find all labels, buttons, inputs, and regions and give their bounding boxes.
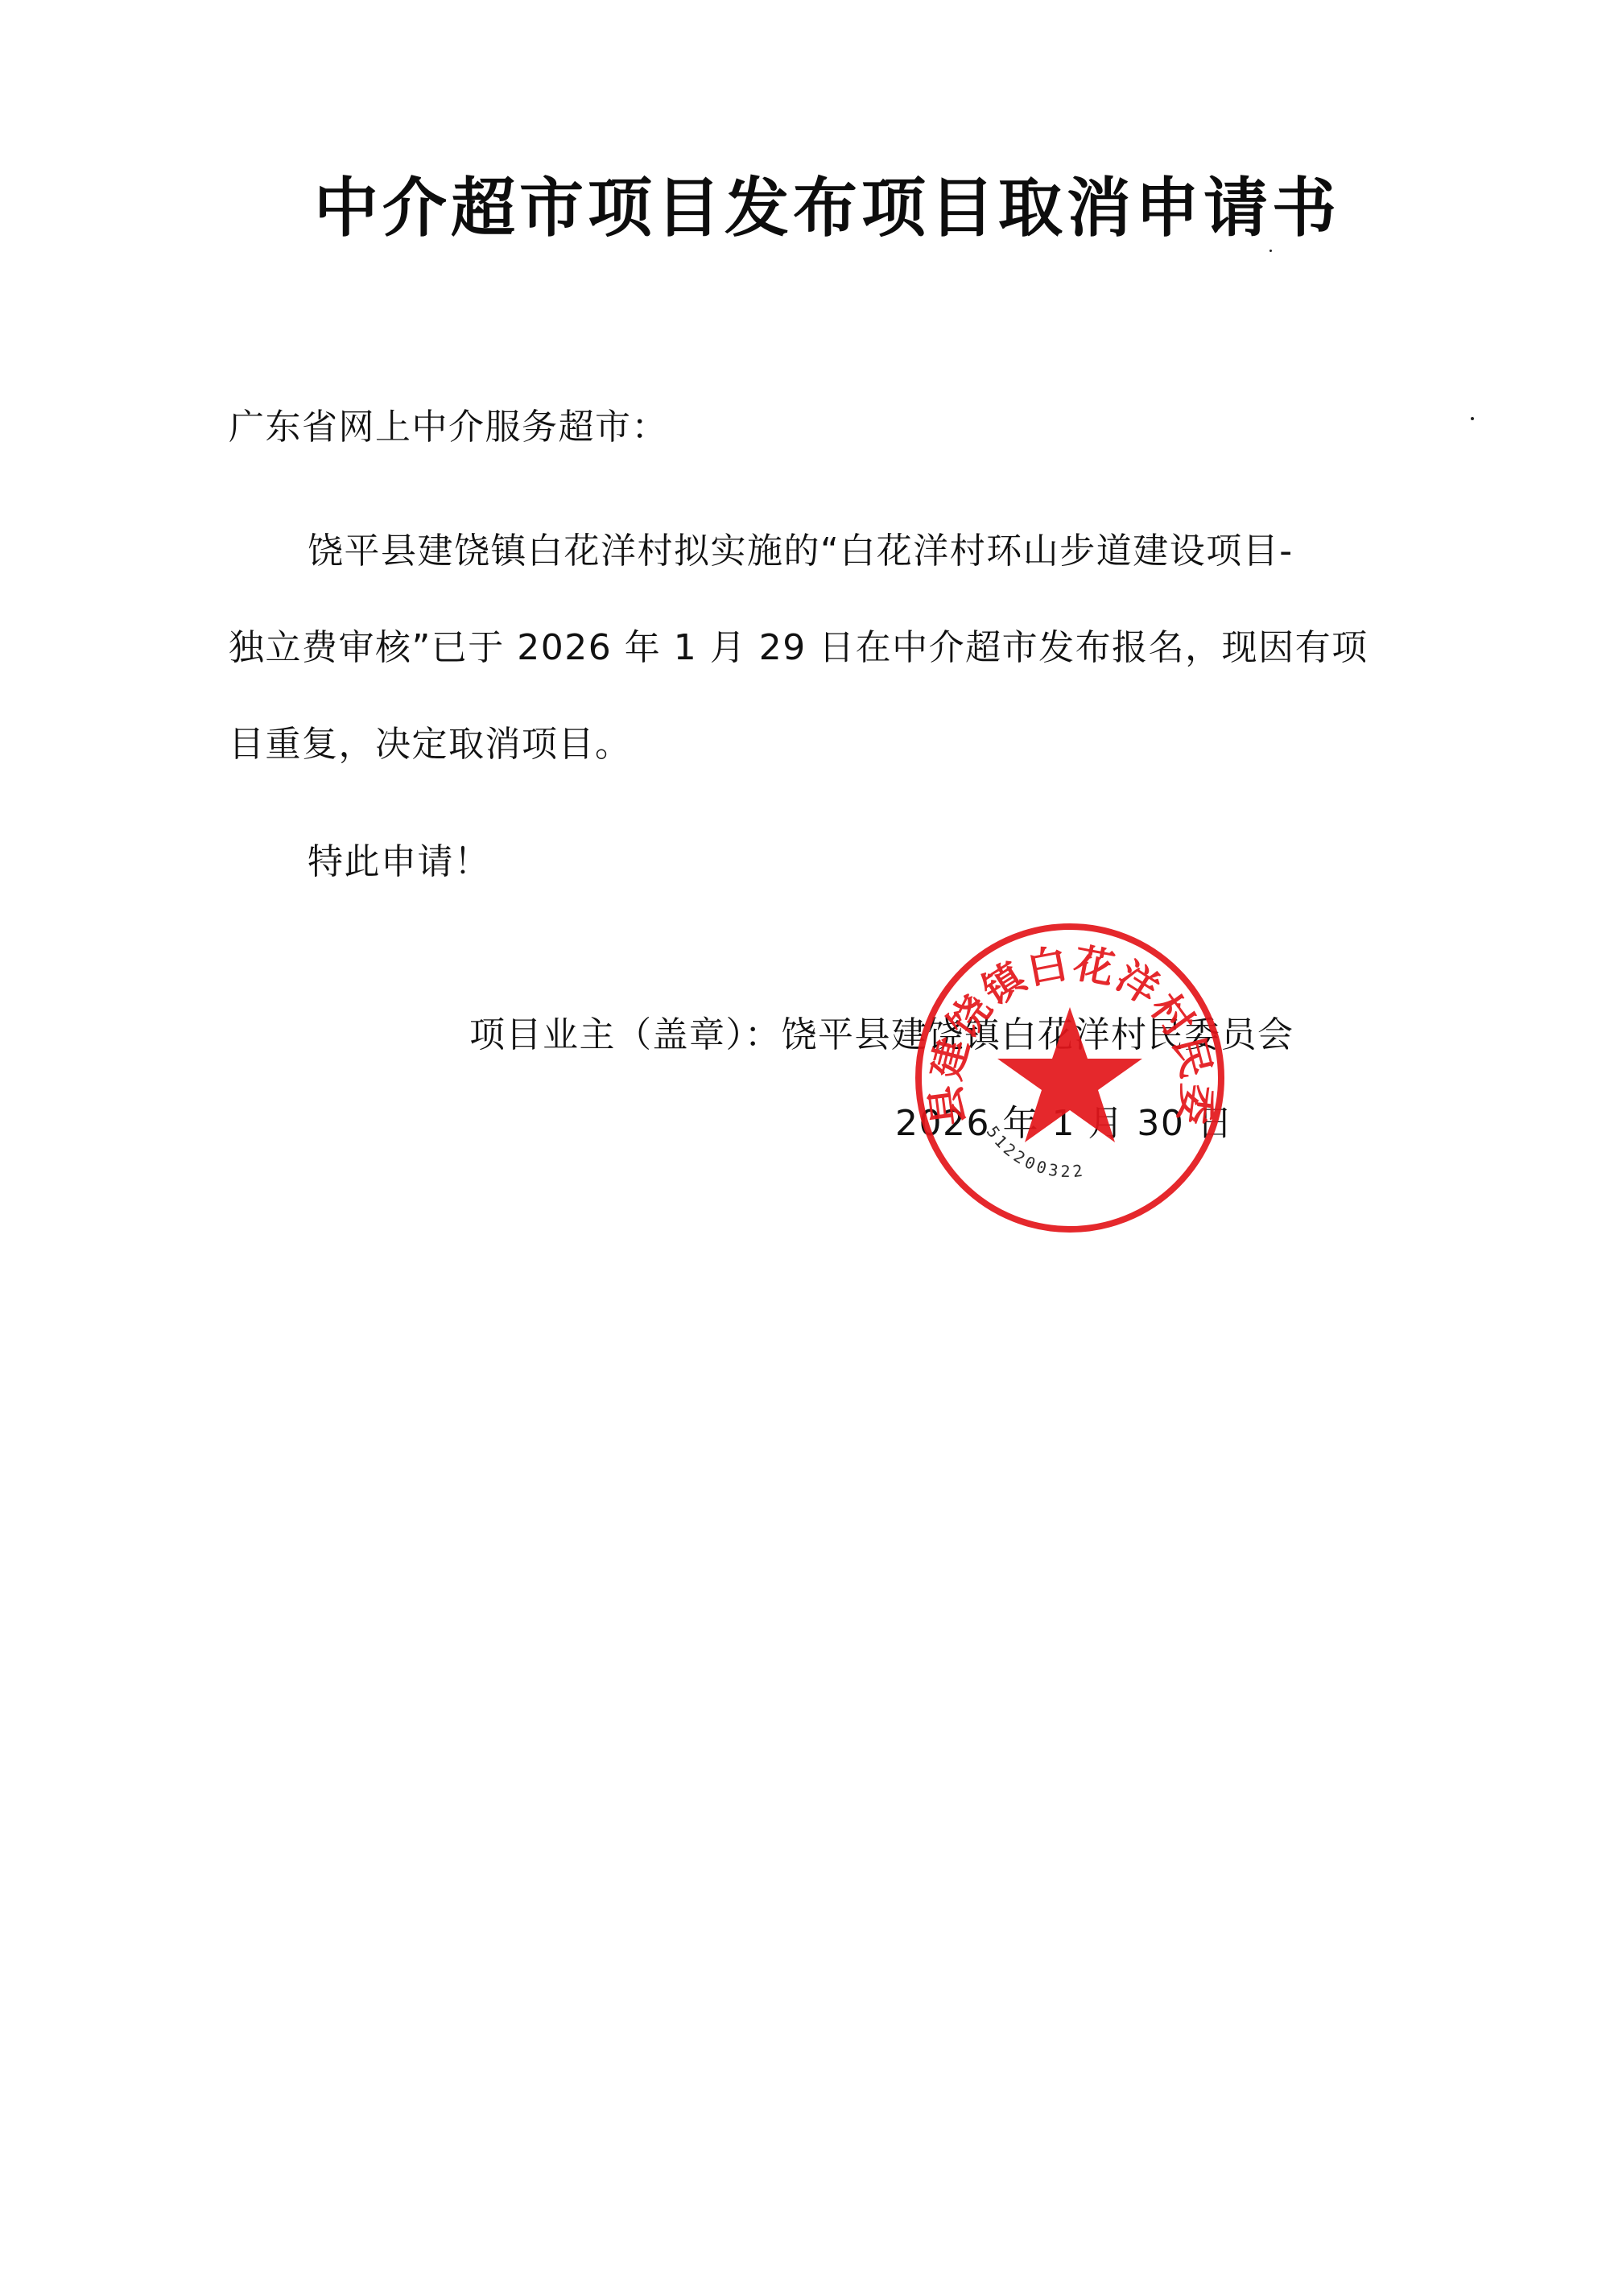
document-title: 中介超市项目发布项目取消申请书 <box>314 167 1312 248</box>
signature-date: 2026 年 1 月 30 日 <box>895 1101 1233 1146</box>
body-line-3: 目重复，决定取消项目。 <box>229 722 632 767</box>
signature-line: 项目业主（盖章）：饶平县建饶镇白花洋村民委员会 <box>469 1013 1294 1058</box>
scan-speck <box>1471 417 1474 420</box>
official-seal: 饶平县建饶镇白花洋村民委员会 51220032216 <box>912 920 1228 1236</box>
body-line-1: 饶平县建饶镇白花洋村拟实施的“白花洋村环山步道建设项目- <box>308 529 1294 574</box>
signature-label: 项目业主（盖章）： <box>469 1014 782 1055</box>
closing-line: 特此申请！ <box>308 840 491 885</box>
seal-ring <box>919 927 1221 1229</box>
signature-organization: 饶平县建饶镇白花洋村民委员会 <box>782 1014 1294 1055</box>
seal-graphic: 饶平县建饶镇白花洋村民委员会 51220032216 <box>912 920 1228 1236</box>
salutation: 广东省网上中介服务超市： <box>229 405 668 450</box>
scan-speck <box>1269 250 1272 252</box>
document-page: 中介超市项目发布项目取消申请书 广东省网上中介服务超市： 饶平县建饶镇白花洋村拟… <box>0 0 1610 2296</box>
body-line-2: 独立费审核”已于 2026 年 1 月 29 日在中介超市发布报名，现因有项 <box>229 626 1368 671</box>
